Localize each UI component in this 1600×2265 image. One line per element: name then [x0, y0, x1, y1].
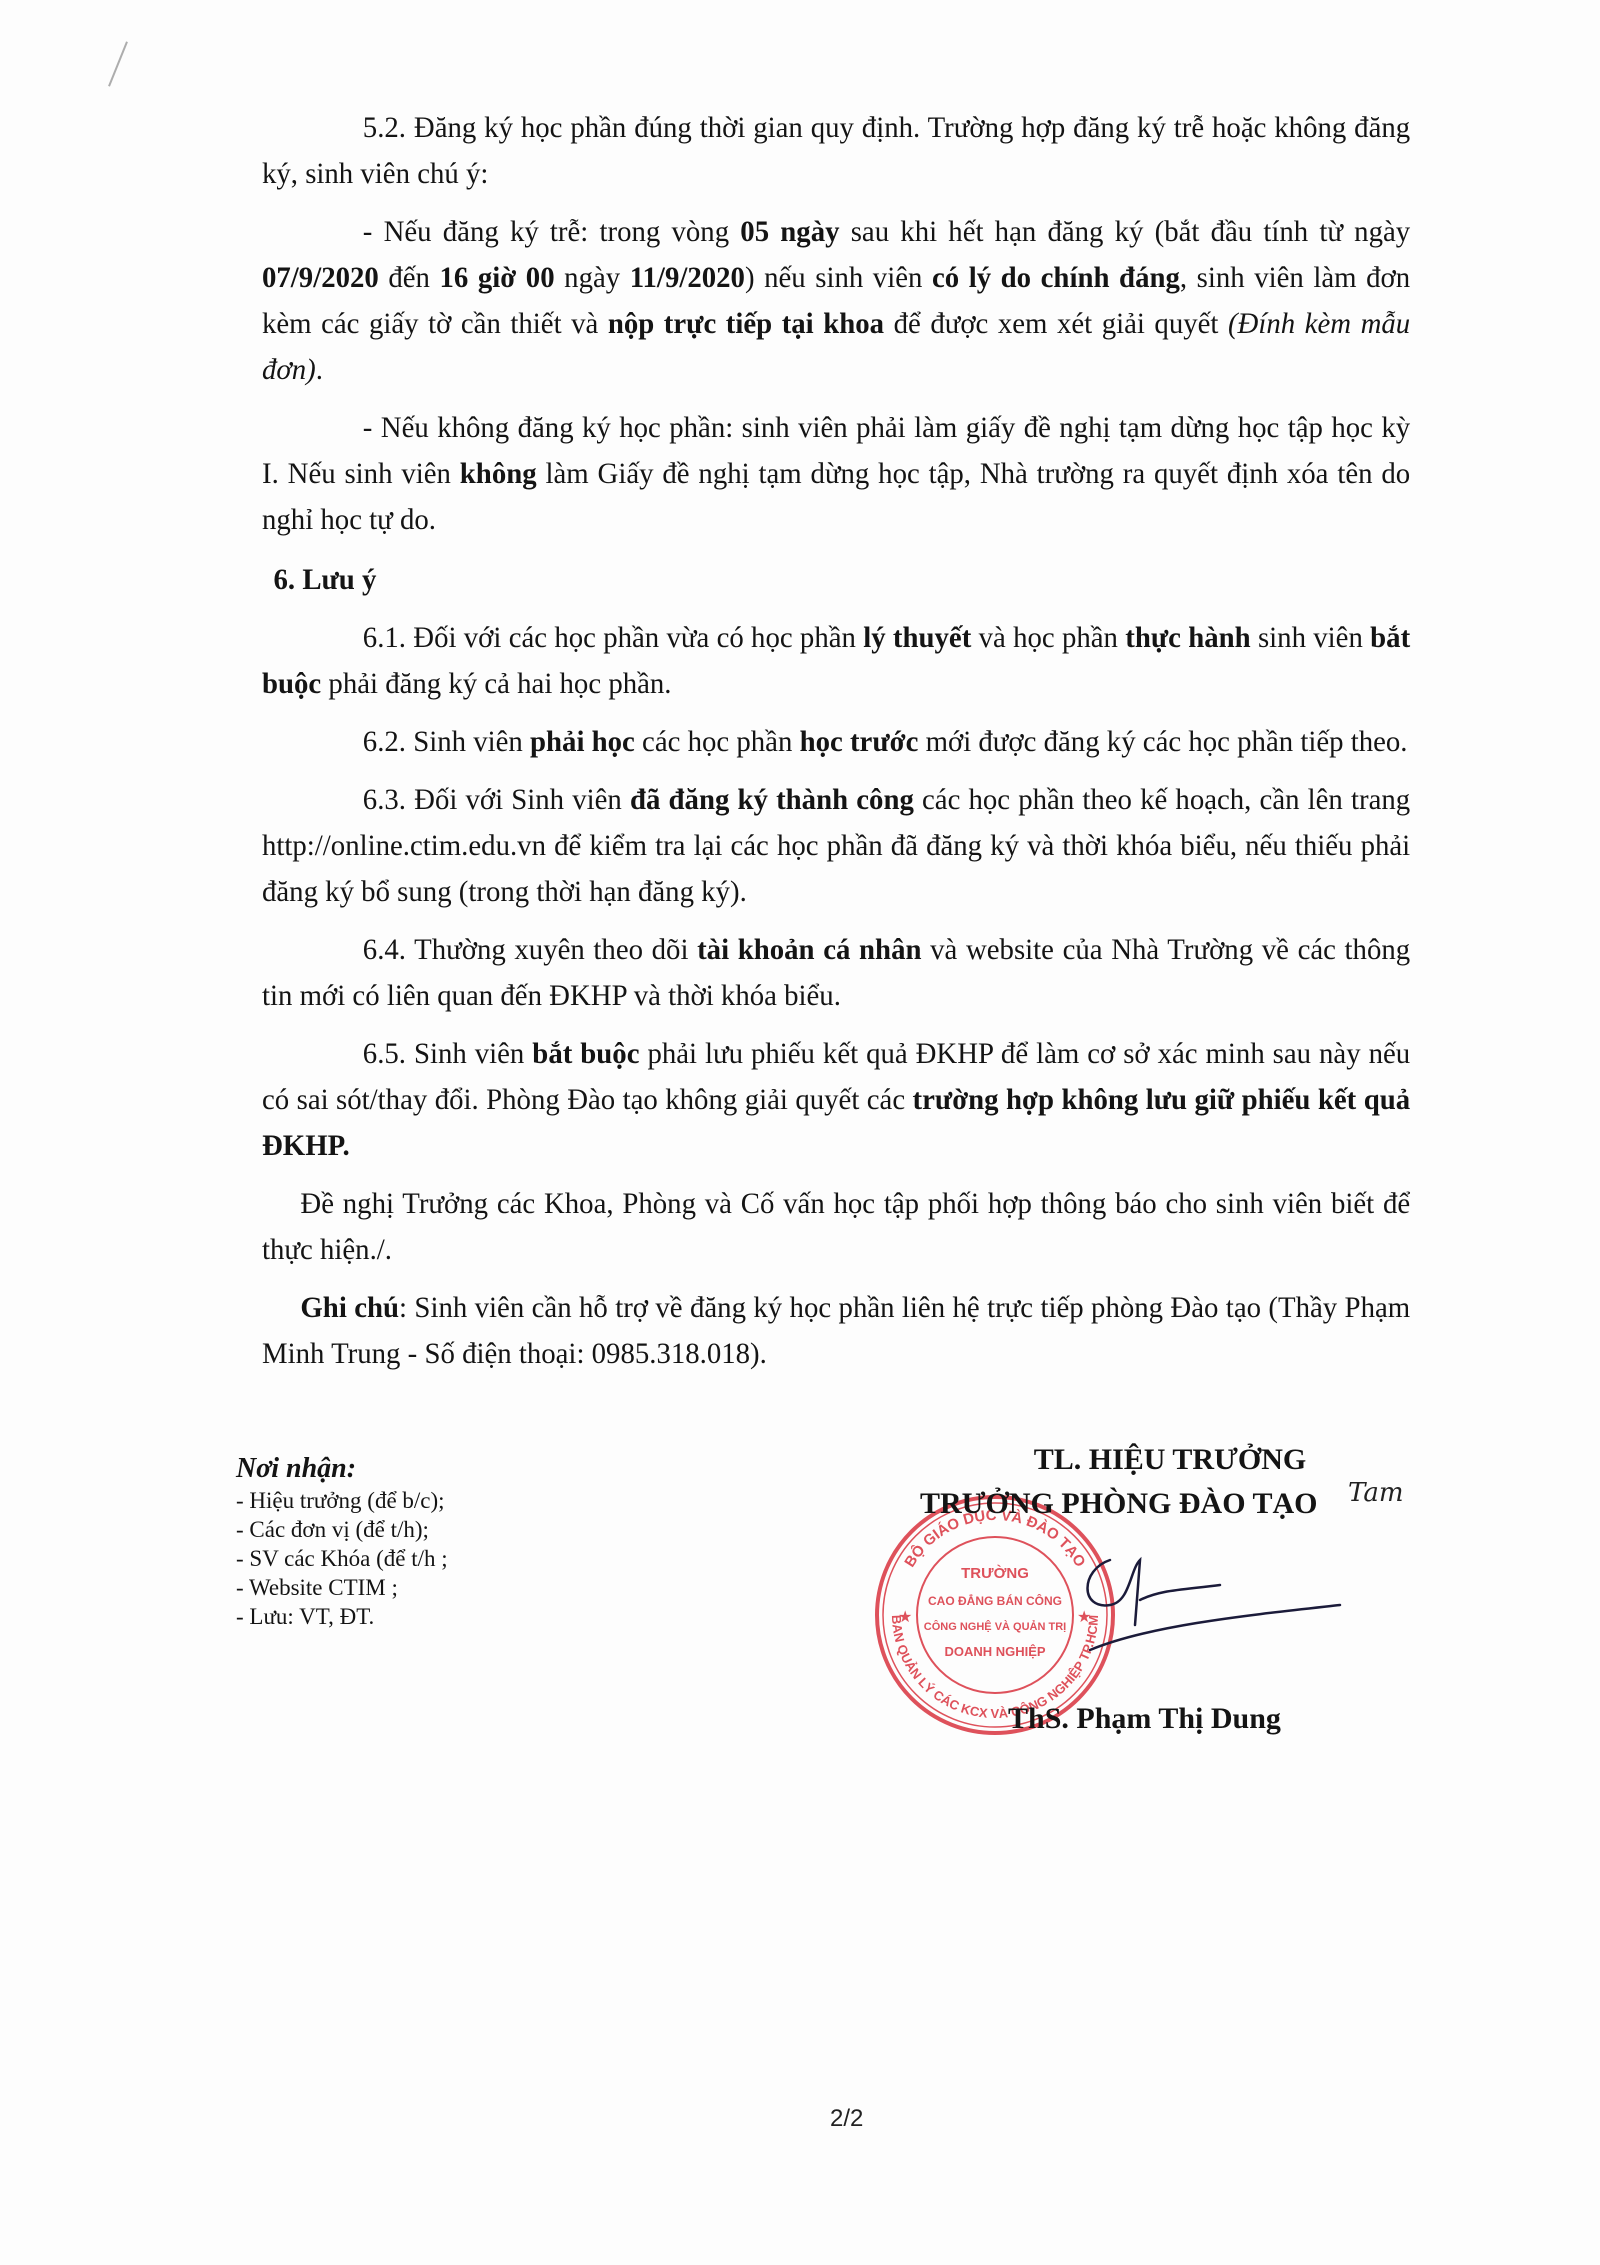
recipients-block: Nơi nhận: - Hiệu trưởng (để b/c); - Các … [236, 1452, 448, 1631]
text: sinh viên [1251, 621, 1370, 654]
bold-text: có lý do chính đáng [932, 261, 1180, 294]
section-6-heading: 6. Lưu ý [274, 557, 1411, 603]
svg-text:TRƯỜNG: TRƯỜNG [961, 1564, 1029, 1582]
signature-block: BỘ GIÁO DỤC VÀ ĐÀO TẠO BAN QUẢN LÝ CÁC K… [900, 1440, 1460, 1770]
bold-text: 05 ngày [740, 215, 839, 248]
bold-text: 16 giờ 00 [440, 261, 555, 294]
bold-text: không [460, 457, 537, 490]
paragraph-6-3: 6.3. Đối với Sinh viên đã đăng ký thành … [262, 777, 1410, 915]
bold-text: học trước [800, 725, 919, 758]
bold-text: 07/9/2020 [262, 261, 379, 294]
text: ) nếu sinh viên [745, 261, 932, 294]
document-page: 5.2. Đăng ký học phần đúng thời gian quy… [0, 0, 1600, 2265]
svg-text:★: ★ [898, 1607, 912, 1626]
page-number: 2/2 [830, 2105, 863, 2133]
text: phải đăng ký cả hai học phần. [321, 667, 671, 700]
recipient-item: - Lưu: VT, ĐT. [236, 1602, 448, 1631]
text: 6.4. Thường xuyên theo dõi [363, 933, 697, 966]
text: các học phần [635, 725, 800, 758]
bold-text: 11/9/2020 [630, 261, 745, 294]
paragraph-note: Ghi chú: Sinh viên cần hỗ trợ về đăng ký… [262, 1285, 1410, 1377]
recipient-item: - Hiệu trưởng (để b/c); [236, 1486, 448, 1515]
text: 6.1. Đối với các học phần vừa có học phầ… [363, 621, 863, 654]
text: 6.3. Đối với Sinh viên [363, 783, 630, 816]
text: và học phần [971, 621, 1125, 654]
paragraph-6-4: 6.4. Thường xuyên theo dõi tài khoản cá … [262, 927, 1410, 1019]
text: sau khi hết hạn đăng ký (bắt đầu tính từ… [840, 215, 1411, 248]
bold-text: phải học [530, 725, 635, 758]
bold-text: tài khoản cá nhân [697, 933, 921, 966]
text: 6.2. Sinh viên [363, 725, 530, 758]
signer-name: ThS. Phạm Thị Dung [1008, 1702, 1281, 1736]
text: đến [379, 261, 440, 294]
handwritten-initial: Tam [1348, 1478, 1403, 1508]
document-body: 5.2. Đăng ký học phần đúng thời gian quy… [262, 105, 1410, 1389]
recipient-item: - Website CTIM ; [236, 1573, 448, 1602]
recipient-item: - Các đơn vị (để t/h); [236, 1515, 448, 1544]
svg-text:DOANH NGHIỆP: DOANH NGHIỆP [944, 1644, 1045, 1659]
text: . [316, 353, 323, 386]
paragraph-6-1: 6.1. Đối với các học phần vừa có học phầ… [262, 615, 1410, 707]
bold-text: bắt buộc [532, 1037, 639, 1070]
paragraph-6-5: 6.5. Sinh viên bắt buộc phải lưu phiếu k… [262, 1031, 1410, 1169]
bold-text: lý thuyết [863, 621, 971, 654]
signature-title: TL. HIỆU TRƯỞNG [1000, 1440, 1340, 1480]
handwritten-signature-icon [1070, 1530, 1370, 1680]
paragraph-no-registration: - Nếu không đăng ký học phần: sinh viên … [262, 405, 1410, 543]
recipients-title: Nơi nhận: [236, 1452, 448, 1486]
paragraph-6-2: 6.2. Sinh viên phải học các học phần học… [262, 719, 1410, 765]
text: mới được đăng ký các học phần tiếp theo. [918, 725, 1407, 758]
text: - Nếu đăng ký trễ: trong vòng [363, 215, 740, 248]
svg-text:CÔNG NGHỆ VÀ QUẢN TRỊ: CÔNG NGHỆ VÀ QUẢN TRỊ [924, 1620, 1066, 1633]
recipient-item: - SV các Khóa (để t/h ; [236, 1544, 448, 1573]
text: để được xem xét giải quyết [884, 307, 1228, 340]
paragraph-late-registration: - Nếu đăng ký trễ: trong vòng 05 ngày sa… [262, 209, 1410, 393]
paragraph-request: Đề nghị Trưởng các Khoa, Phòng và Cố vấn… [262, 1181, 1410, 1273]
text: : Sinh viên cần hỗ trợ về đăng ký học ph… [262, 1291, 1410, 1370]
text: Đề nghị Trưởng các Khoa, Phòng và Cố vấn… [262, 1187, 1410, 1266]
signature-department: TRƯỞNG PHÒNG ĐÀO TẠO [920, 1484, 1318, 1524]
note-label: Ghi chú [300, 1291, 399, 1324]
bold-text: thực hành [1125, 621, 1250, 654]
scan-artifact [108, 41, 128, 86]
text: ngày [555, 261, 630, 294]
svg-text:CAO ĐẲNG BÁN CÔNG: CAO ĐẲNG BÁN CÔNG [928, 1593, 1062, 1608]
paragraph-5-2-intro: 5.2. Đăng ký học phần đúng thời gian quy… [262, 105, 1410, 197]
bold-text: nộp trực tiếp tại khoa [608, 307, 884, 340]
text: 5.2. Đăng ký học phần đúng thời gian quy… [262, 111, 1410, 190]
bold-text: đã đăng ký thành công [630, 783, 914, 816]
text: 6.5. Sinh viên [363, 1037, 533, 1070]
